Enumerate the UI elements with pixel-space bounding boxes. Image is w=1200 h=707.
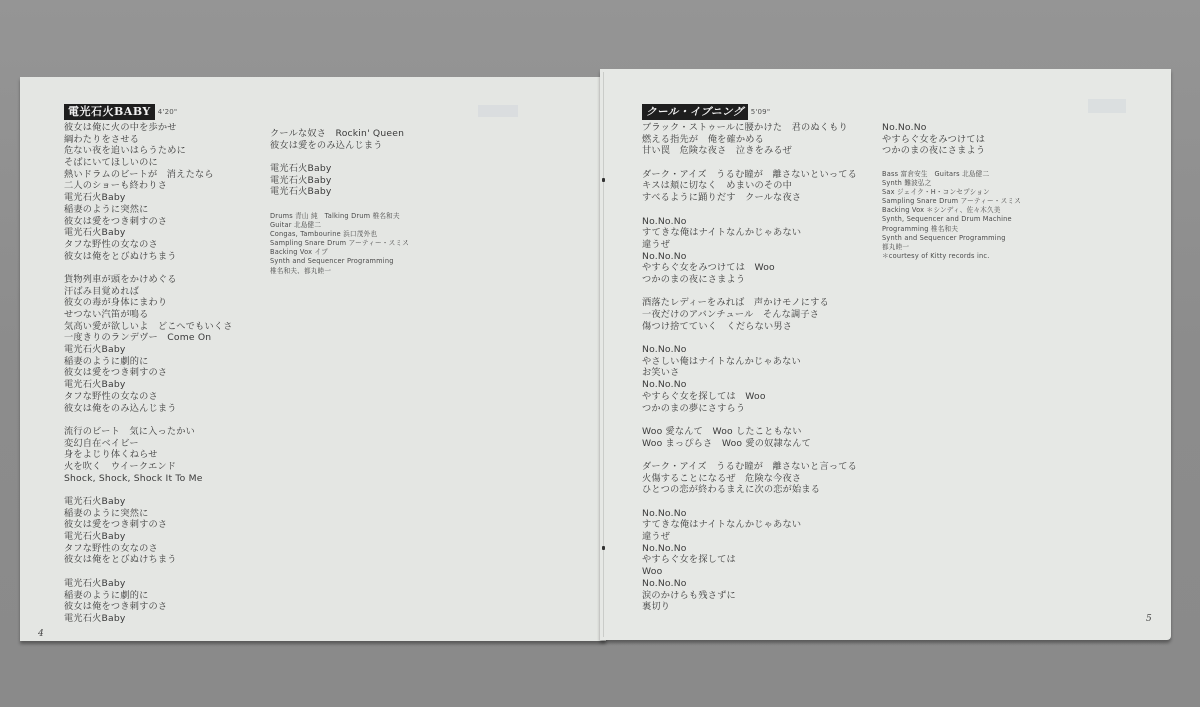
show-through-mark [1088,99,1126,113]
stanza-break [642,414,857,426]
lyric-line: 涙のかけらも残さずに [642,590,857,602]
lyric-line: 身をよじり体くねらせ [64,449,233,461]
lyric-line: 彼女は愛をつき刺すのさ [64,367,233,379]
song2-title: クール・イブニング [642,104,748,120]
credit-line: Sax ジェイク・H・コンセプション [882,188,1021,197]
lyric-line: 電光石火Baby [64,379,233,391]
stanza-break [64,414,233,426]
song2-lyrics-continued: No.No.Noやすらぐ女をみつけてはつかのまの夜にさまよう [882,122,985,157]
lyric-line: 彼女は俺をとびぬけちまう [64,554,233,566]
lyric-line: 貨物列車が頭をかけめぐる [64,274,233,286]
song2-title-row: クール・イブニング 5'09" [642,104,857,120]
song1-lyrics-column-2: クールな奴さ Rockin' Queen彼女は愛をのみ込んじまう電光石火Baby… [270,128,404,198]
lyric-line: 彼女は愛をつき刺すのさ [64,519,233,531]
lyric-line: 燃える指先が 俺を確かめる [642,134,857,146]
song1-lyrics: 彼女は俺に火の中を歩かせ綱わたりをさせる危ない夜を追いはらうためにそばにいてほし… [64,122,233,625]
lyric-line: 電光石火Baby [270,175,404,187]
song2-lyrics: ブラック・ストゥールに腰かけた 君のぬくもり燃える指先が 俺を確かめる甘い罠 危… [642,122,857,613]
credit-line: Guitar 北島健二 [270,221,409,230]
lyric-line: すべるように踊りだす クールな夜さ [642,192,857,204]
lyric-line: やすらぐ女を探しては Woo [642,391,857,403]
lyric-line: 稲妻のように劇的に [64,590,233,602]
lyric-line: 彼女は俺に火の中を歩かせ [64,122,233,134]
booklet-fold [603,72,604,637]
lyric-line: No.No.No [642,344,857,356]
lyric-line: Woo まっぴらさ Woo 愛の奴隷なんて [642,438,857,450]
lyric-line: すてきな俺はナイトなんかじゃあない [642,519,857,531]
lyric-line: やすらぐ女を探しては [642,554,857,566]
lyric-line: タフな野性の女なのさ [64,239,233,251]
lyric-line: やすらぐ女をみつけては [882,134,985,146]
stanza-break [64,484,233,496]
lyric-line: 変幻自在ベイビー [64,438,233,450]
lyric-line: 気高い愛が欲しいよ どこへでもいくさ [64,321,233,333]
lyric-line: 危ない夜を追いはらうために [64,145,233,157]
lyric-line: せつない汽笛が鳴る [64,309,233,321]
lyric-line: 熱いドラムのビートが 消えたなら [64,169,233,181]
lyric-line: 電光石火Baby [64,192,233,204]
lyric-line: 裏切り [642,601,857,613]
lyric-line: Woo 愛なんて Woo したこともない [642,426,857,438]
credit-line: Bass 富倉安生 Guitars 北島健二 [882,170,1021,179]
stanza-break [642,332,857,344]
lyric-line: 違うぜ [642,531,857,543]
song1-title: 電光石火BABY [64,104,155,120]
lyric-line: 電光石火Baby [64,613,233,625]
stanza-break [64,566,233,578]
stanza-break [64,262,233,274]
song1-title-row: 電光石火BABY 4'20" [64,104,233,120]
credit-line: Synth, Sequencer and Drum Machine [882,215,1021,224]
credit-line: Sampling Snare Drum アーティー・スミス [882,197,1021,206]
lyric-line: ブラック・ストゥールに腰かけた 君のぬくもり [642,122,857,134]
lyric-line: そばにいてほしいのに [64,157,233,169]
credit-line: Sampling Snare Drum アーティー・スミス [270,239,409,248]
lyric-line: No.No.No [642,543,857,555]
lyric-line: 綱わたりをさせる [64,134,233,146]
lyric-line: 彼女は俺をとびぬけちまう [64,251,233,263]
show-through-mark [478,105,518,117]
lyric-line: やさしい俺はナイトなんかじゃあない [642,356,857,368]
lyric-line: ひとつの恋が終わるまえに次の恋が始まる [642,484,857,496]
song2-duration: 5'09" [751,107,771,119]
credit-line: Drums 青山 純 Talking Drum 椎名和夫 [270,212,409,221]
credit-line: 都丸睦一 [882,243,1021,252]
song1-lyrics-continued: クールな奴さ Rockin' Queen彼女は愛をのみ込んじまう電光石火Baby… [270,128,404,198]
lyric-line: 違うぜ [642,239,857,251]
lyric-line: 稲妻のように突然に [64,204,233,216]
lyric-line: 彼女は俺をつき刺すのさ [64,601,233,613]
lyric-line: No.No.No [642,379,857,391]
lyric-line: No.No.No [642,251,857,263]
song1-duration: 4'20" [158,107,178,119]
credit-line: Backing Vox ＊シンディ、佐々木久美 [882,206,1021,215]
lyric-line: すてきな俺はナイトなんかじゃあない [642,227,857,239]
lyric-line: 傷つけ捨てていく くだらない男さ [642,321,857,333]
credit-line: 椎名和夫、都丸睦一 [270,267,409,276]
lyric-line: 電光石火Baby [270,186,404,198]
lyric-line: クールな奴さ Rockin' Queen [270,128,404,140]
lyric-line: No.No.No [642,578,857,590]
lyric-line: 彼女は愛をつき刺すのさ [64,216,233,228]
credit-line: Congas, Tambourine 浜口茂外也 [270,230,409,239]
credit-line: Synth and Sequencer Programming [270,257,409,266]
lyric-line: タフな野性の女なのさ [64,543,233,555]
stanza-break [642,496,857,508]
lyric-line: やすらぐ女をみつけては Woo [642,262,857,274]
lyric-line: 彼女は愛をのみ込んじまう [270,140,404,152]
staple-bottom [602,546,605,550]
staple-top [602,178,605,182]
stanza-break [642,204,857,216]
lyric-line: ダーク・アイズ うるむ瞳が 離さないといってる [642,169,857,181]
lyric-line: 一夜だけのアバンチュール そんな調子さ [642,309,857,321]
song1-lyrics-column-1: 電光石火BABY 4'20" 彼女は俺に火の中を歩かせ綱わたりをさせる危ない夜を… [64,104,233,625]
lyric-line: No.No.No [642,216,857,228]
stanza-break [642,157,857,169]
lyric-line: お笑いさ [642,367,857,379]
lyric-line: ダーク・アイズ うるむ瞳が 離さないと言ってる [642,461,857,473]
credit-line: Synth and Sequencer Programming [882,234,1021,243]
credit-line: ＊courtesy of Kitty records inc. [882,252,1021,261]
song1-credits: Drums 青山 純 Talking Drum 椎名和夫Guitar 北島健二C… [270,212,409,276]
page-number-right: 5 [1146,614,1152,624]
song2-credits: Bass 富倉安生 Guitars 北島健二Synth 難波弘之Sax ジェイク… [882,170,1021,261]
lyric-line: つかのまの夜にさまよう [882,145,985,157]
lyric-line: No.No.No [642,508,857,520]
lyric-line: Woo [642,566,857,578]
lyric-line: 酒落たレディーをみれば 声かけモノにする [642,297,857,309]
credit-line: Synth 難波弘之 [882,179,1021,188]
lyric-line: 電光石火Baby [270,163,404,175]
stanza-break [270,151,404,163]
lyric-line: Shock, Shock, Shock It To Me [64,473,233,485]
lyric-line: 彼女は俺をのみ込んじまう [64,403,233,415]
lyric-line: 二人のショーも終わりさ [64,180,233,192]
lyric-line: 火を吹く ウイークエンド [64,461,233,473]
song2-lyrics-column-2: No.No.Noやすらぐ女をみつけてはつかのまの夜にさまよう [882,122,985,157]
lyric-line: 電光石火Baby [64,496,233,508]
lyric-line: 電光石火Baby [64,227,233,239]
credit-line: Backing Vox イブ [270,248,409,257]
lyric-line: 電光石火Baby [64,578,233,590]
lyric-line: No.No.No [882,122,985,134]
lyric-line: 稲妻のように突然に [64,508,233,520]
lyric-line: 一度きりのランデヴー Come On [64,332,233,344]
lyric-line: 彼女の毒が身体にまわり [64,297,233,309]
lyric-line: つかのまの夢にさすらう [642,403,857,415]
lyric-line: 稲妻のように劇的に [64,356,233,368]
stanza-break [642,286,857,298]
lyric-line: 火傷することになるぜ 危険な今夜さ [642,473,857,485]
page-number-left: 4 [38,629,44,639]
lyric-line: つかのまの夜にさまよう [642,274,857,286]
lyric-line: 電光石火Baby [64,531,233,543]
lyric-line: 甘い罠 危険な夜さ 泣きをみるぜ [642,145,857,157]
lyric-line: 汗ばみ目覚めれば [64,286,233,298]
song2-lyrics-column-1: クール・イブニング 5'09" ブラック・ストゥールに腰かけた 君のぬくもり燃え… [642,104,857,613]
lyric-line: タフな野性の女なのさ [64,391,233,403]
stanza-break [642,449,857,461]
lyric-line: キスは頬に切なく めまいのその中 [642,180,857,192]
lyric-line: 電光石火Baby [64,344,233,356]
lyric-line: 流行のビート 気に入ったかい [64,426,233,438]
credit-line: Programming 椎名和夫 [882,225,1021,234]
